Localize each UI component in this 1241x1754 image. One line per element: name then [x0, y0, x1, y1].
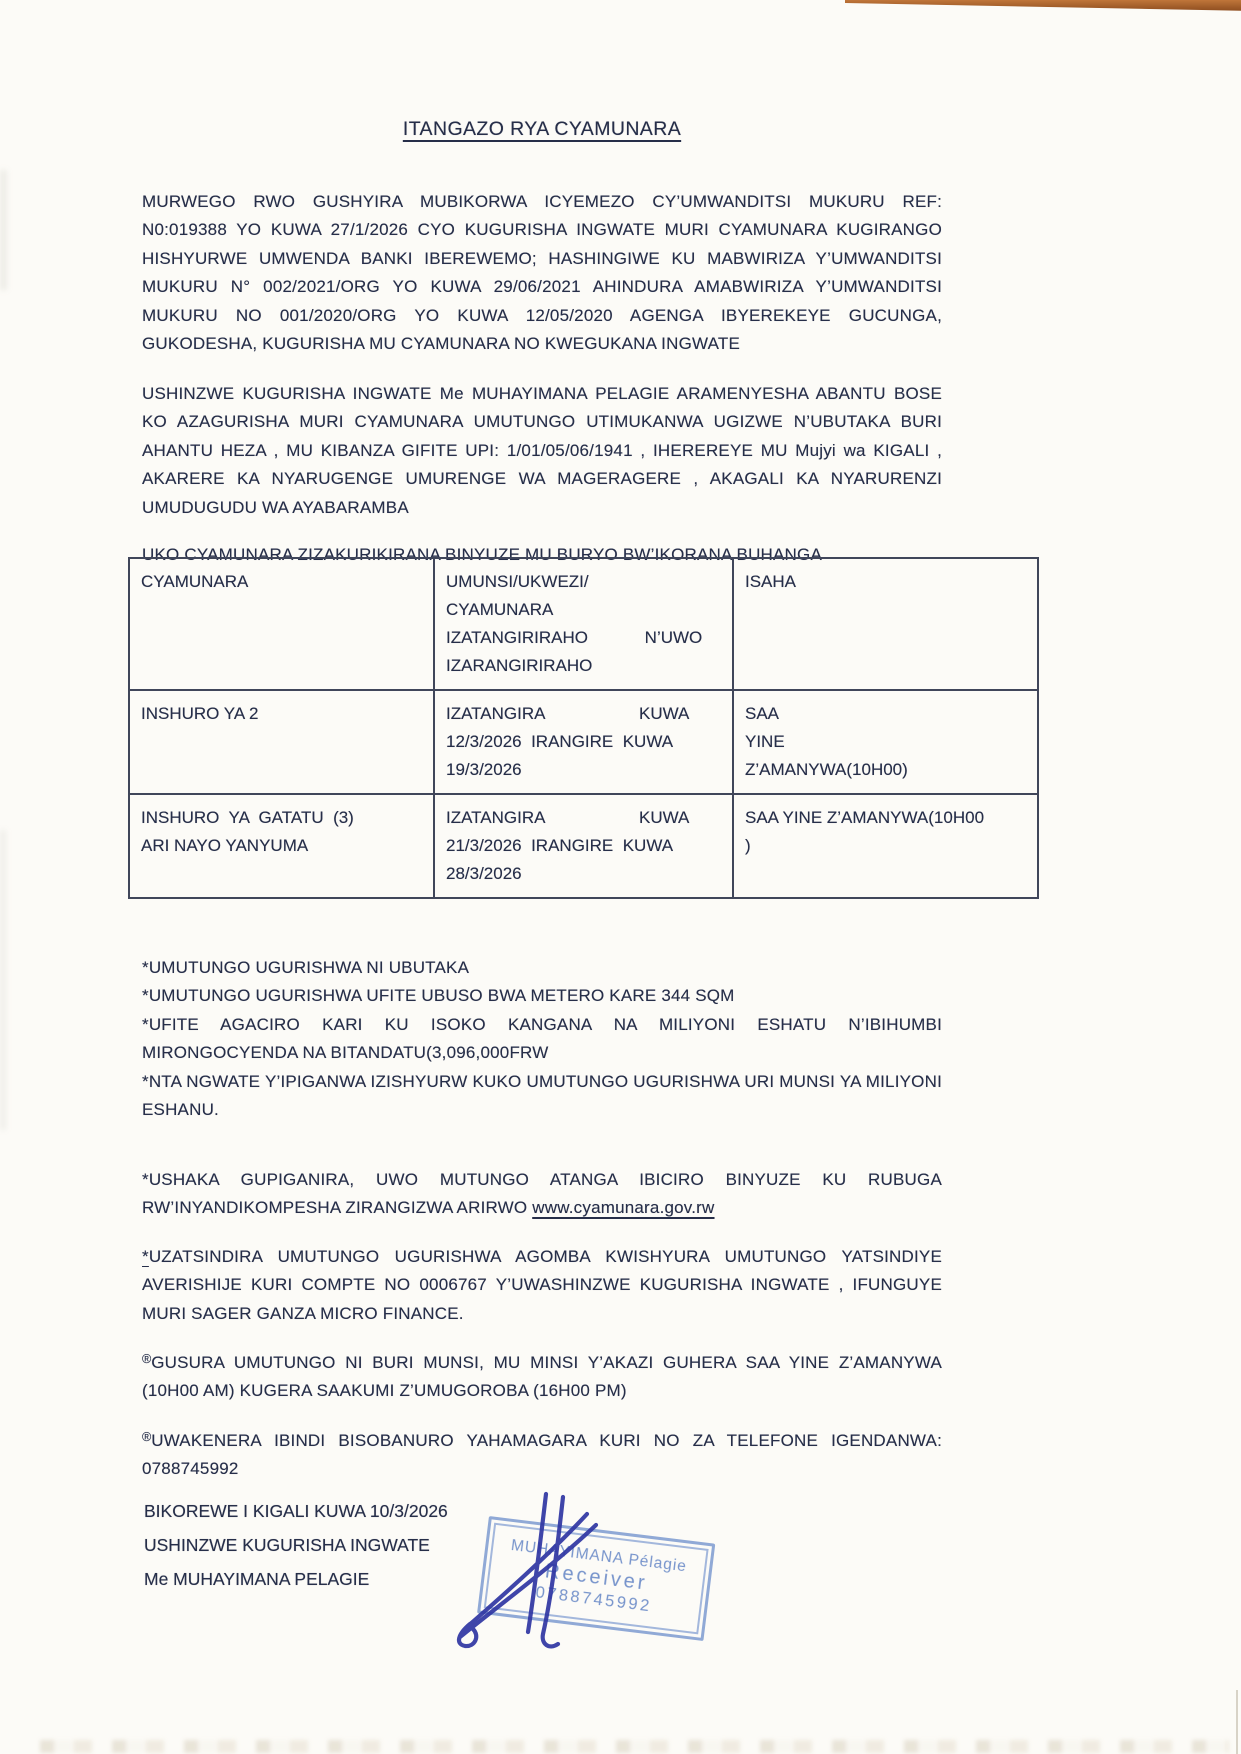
notice-paragraph: USHINZWE KUGURISHA INGWATE Me MUHAYIMANA…: [142, 380, 942, 522]
cell-round: INSHURO YA 2: [129, 690, 434, 794]
registered-bullet-icon: ®: [142, 1430, 151, 1444]
scan-bottom-artifact: [40, 1740, 1229, 1753]
note-item: *UMUTUNGO UGURISHWA UFITE UBUSO BWA METE…: [142, 982, 942, 1010]
header-cell-isaha: ISAHA: [733, 558, 1038, 690]
scan-left-smudge: [0, 170, 7, 290]
cell-round: INSHURO YA GATATU (3) ARI NAYO YANYUMA: [129, 794, 434, 898]
underlined-asterisk-marker: *: [142, 1247, 149, 1266]
payment-text: UZATSINDIRA UMUTUNGO UGURISHWA AGOMBA KW…: [142, 1247, 942, 1323]
bidding-paragraph: *USHAKA GUPIGANIRA, UWO MUTUNGO ATANGA I…: [142, 1166, 942, 1223]
scanned-document-page: ITANGAZO RYA CYAMUNARA MURWEGO RWO GUSHY…: [0, 0, 1241, 1754]
registered-bullet-icon: ®: [142, 1352, 151, 1366]
scan-right-edge-artifact: [1236, 1690, 1238, 1754]
contact-text: UWAKENERA IBINDI BISOBANURO YAHAMAGARA K…: [142, 1431, 942, 1478]
handwritten-signature: [450, 1484, 615, 1656]
note-item: *UFITE AGACIRO KARI KU ISOKO KANGANA NA …: [142, 1011, 942, 1068]
cell-time: SAA YINE Z’AMANYWA(10H00): [733, 690, 1038, 794]
note-item: *UMUTUNGO UGURISHWA NI UBUTAKA: [142, 954, 942, 982]
note-item: *NTA NGWATE Y’IPIGANWA IZISHYURW KUKO UM…: [142, 1068, 942, 1125]
notes-list: *UMUTUNGO UGURISHWA NI UBUTAKA *UMUTUNGO…: [142, 954, 942, 1124]
table-row: INSHURO YA GATATU (3) ARI NAYO YANYUMA I…: [129, 794, 1038, 898]
document-title: ITANGAZO RYA CYAMUNARA: [142, 118, 942, 141]
table-header-row: CYAMUNARA UMUNSI/UKWEZI/ CYAMUNARA IZATA…: [129, 558, 1038, 690]
contact-paragraph: ®UWAKENERA IBINDI BISOBANURO YAHAMAGARA …: [142, 1423, 942, 1484]
scan-left-smudge: [0, 830, 6, 1130]
scan-edge-artifact: [845, 0, 1241, 12]
table-row: INSHURO YA 2 IZATANGIRA KUWA 12/3/2026 I…: [129, 690, 1038, 794]
header-cell-dates: UMUNSI/UKWEZI/ CYAMUNARA IZATANGIRIRAHO …: [434, 558, 733, 690]
cell-time: SAA YINE Z’AMANYWA(10H00 ): [733, 794, 1038, 898]
auction-schedule-table: CYAMUNARA UMUNSI/UKWEZI/ CYAMUNARA IZATA…: [128, 557, 1039, 899]
visit-paragraph: ®GUSURA UMUTUNGO NI BURI MUNSI, MU MINSI…: [142, 1345, 942, 1406]
cell-dates: IZATANGIRA KUWA 12/3/2026 IRANGIRE KUWA …: [434, 690, 733, 794]
visit-text: GUSURA UMUTUNGO NI BURI MUNSI, MU MINSI …: [142, 1353, 942, 1400]
header-cell-cyamunara: CYAMUNARA: [129, 558, 434, 690]
payment-paragraph: *UZATSINDIRA UMUTUNGO UGURISHWA AGOMBA K…: [142, 1243, 942, 1328]
cyamunara-website-link: www.cyamunara.gov.rw: [532, 1198, 714, 1217]
intro-paragraph: MURWEGO RWO GUSHYIRA MUBIKORWA ICYEMEZO …: [142, 188, 942, 358]
cell-dates: IZATANGIRA KUWA 21/3/2026 IRANGIRE KUWA …: [434, 794, 733, 898]
